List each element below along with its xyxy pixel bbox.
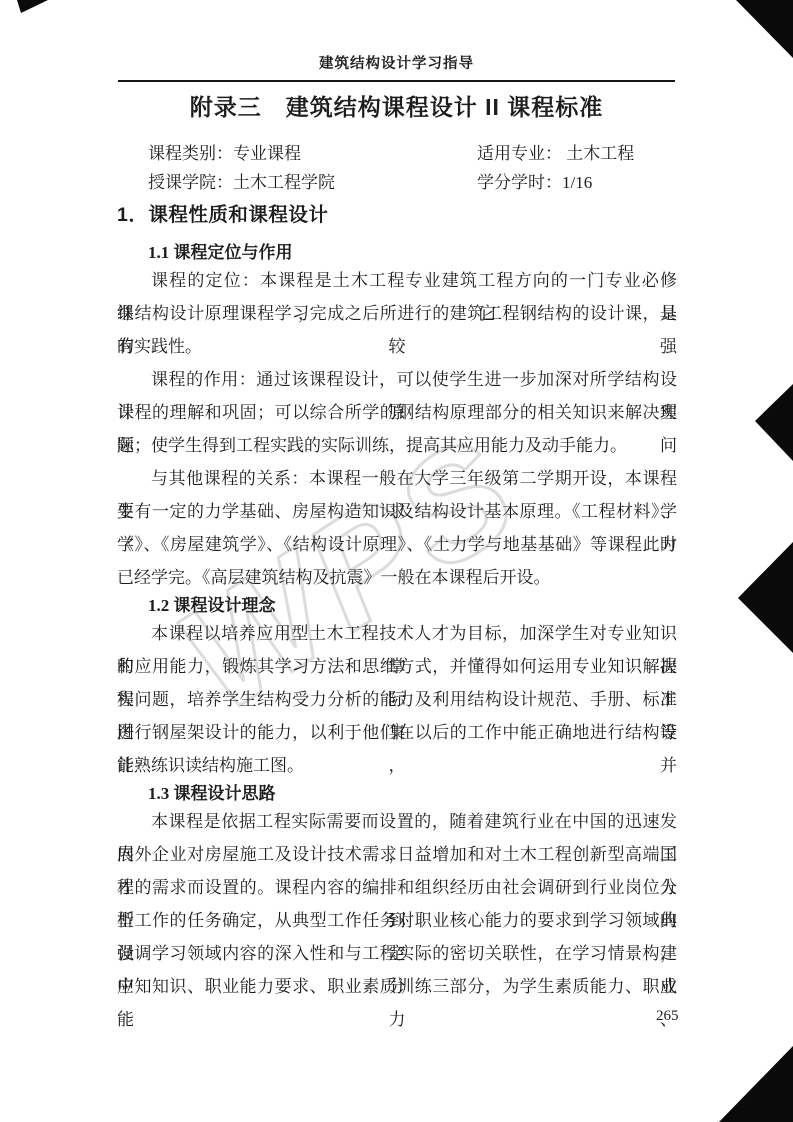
paragraph-line: 题；使学生得到工程实践的实际训练，提高其应用能力及动手能力。 xyxy=(117,429,677,462)
paragraph-line: 才的需求而设置的。课程内容的编排和组织经历由社会调研到行业岗位分析到典 xyxy=(117,871,677,904)
paragraph: 课程的定位：本课程是土木工程专业建筑工程方向的一门专业必修课，它是继结构设计原理… xyxy=(117,264,677,363)
header-rule xyxy=(118,80,675,82)
paragraph-line: 学》、《房屋建筑学》、《结构设计原理》、《土力学与地基基础》等课程此时 xyxy=(117,528,677,561)
course-info-field: 学分学时：1/16 xyxy=(477,168,592,197)
document-page: WPS 建筑结构设计学习指导 附录三 建筑结构课程设计 II 课程标准 课程类别… xyxy=(0,0,793,1122)
paragraph: 本课程以培养应用型土木工程技术人才为目标，加深学生对专业知识的掌握和应用能力，锻… xyxy=(117,617,677,782)
running-head: 建筑结构设计学习指导 xyxy=(0,52,793,73)
course-info-row: 课程类别：专业课程适用专业： 土木工程 xyxy=(117,139,677,168)
subsection-heading: 1.1 课程定位与作用 xyxy=(117,241,677,264)
scan-artifact-bottom-right xyxy=(719,1046,793,1122)
paragraph-line: 已经学完。《高层建筑结构及抗震》一般在本课程后开设。 xyxy=(117,561,677,594)
page-content: 课程类别：专业课程适用专业： 土木工程授课学院：土木工程学院学分学时：1/16 … xyxy=(117,139,677,1003)
course-info-field: 适用专业： 土木工程 xyxy=(477,139,634,168)
paragraph-line: 本课程以培养应用型土木工程技术人才为目标，加深学生对专业知识的掌握 xyxy=(117,617,677,650)
section-heading: 1．课程性质和课程设计 xyxy=(117,201,677,229)
paragraph-line: 本课程是依据工程实际需要而设置的，随着建筑行业在中国的迅速发展，国 xyxy=(117,805,677,838)
paragraph-line: 型工作的任务确定，从典型工作任务对职业核心能力的要求到学习领域的设定， xyxy=(117,904,677,937)
paragraph-line: 课程的理解和巩固；可以综合所学的钢结构原理部分的相关知识来解决实际问 xyxy=(117,396,677,429)
course-info: 课程类别：专业课程适用专业： 土木工程授课学院：土木工程学院学分学时：1/16 xyxy=(117,139,677,197)
paragraph-line: 与其他课程的关系：本课程一般在大学三年级第二学期开设，本课程要求学 xyxy=(117,462,677,495)
paragraph: 与其他课程的关系：本课程一般在大学三年级第二学期开设，本课程要求学生有一定的力学… xyxy=(117,462,677,594)
scan-artifact-right-lower xyxy=(738,542,793,653)
page-number: 265 xyxy=(656,1008,679,1025)
page-title: 附录三 建筑结构课程设计 II 课程标准 xyxy=(0,89,793,122)
scan-artifact-top-right xyxy=(736,0,793,58)
paragraph-line: 课程的定位：本课程是土木工程专业建筑工程方向的一门专业必修课，它是 xyxy=(117,264,677,297)
paragraph-line: 进行钢屋架设计的能力，以利于他们在以后的工作中能正确地进行结构设计，并 xyxy=(117,716,677,749)
course-info-field: 授课学院：土木工程学院 xyxy=(148,173,335,192)
course-info-row: 授课学院：土木工程学院学分学时：1/16 xyxy=(117,168,677,197)
subsection-heading: 1.2 课程设计理念 xyxy=(117,594,677,617)
paragraph: 本课程是依据工程实际需要而设置的，随着建筑行业在中国的迅速发展，国内外企业对房屋… xyxy=(117,805,677,1003)
subsections: 1.1 课程定位与作用课程的定位：本课程是土木工程专业建筑工程方向的一门专业必修… xyxy=(117,241,677,1003)
paragraph-line: 强调学习领域内容的深入性和与工程实际的密切关联性，在学习情景构建中分成 xyxy=(117,937,677,970)
paragraph-line: 继结构设计原理课程学习完成之后所进行的建筑工程钢结构的设计课，具有较强 xyxy=(117,297,677,330)
scan-artifact-right-upper xyxy=(755,384,793,461)
paragraph-line: 内外企业对房屋施工及设计技术需求日益增加和对土木工程创新型高端工程人 xyxy=(117,838,677,871)
paragraph: 课程的作用：通过该课程设计，可以使学生进一步加深对所学结构设计原理课程的理解和巩… xyxy=(117,363,677,462)
course-info-field: 课程类别：专业课程 xyxy=(148,144,301,163)
scan-artifact-top-left xyxy=(17,0,48,13)
paragraph-line: 应知知识、职业能力要求、职业素质训练三部分，为学生素质能力、职业能力、 xyxy=(117,970,677,1003)
paragraph-line: 生有一定的力学基础、房屋构造知识及结构设计基本原理。《工程材料》、《力 xyxy=(117,495,677,528)
paragraph-line: 程问题，培养学生结构受力分析的能力及利用结构设计规范、手册、标准图集等 xyxy=(117,683,677,716)
paragraph-line: 和应用能力，锻炼其学习方法和思维方式，并懂得如何运用专业知识解决实际工 xyxy=(117,650,677,683)
paragraph-line: 课程的作用：通过该课程设计，可以使学生进一步加深对所学结构设计原理 xyxy=(117,363,677,396)
subsection-heading: 1.3 课程设计思路 xyxy=(117,782,677,805)
